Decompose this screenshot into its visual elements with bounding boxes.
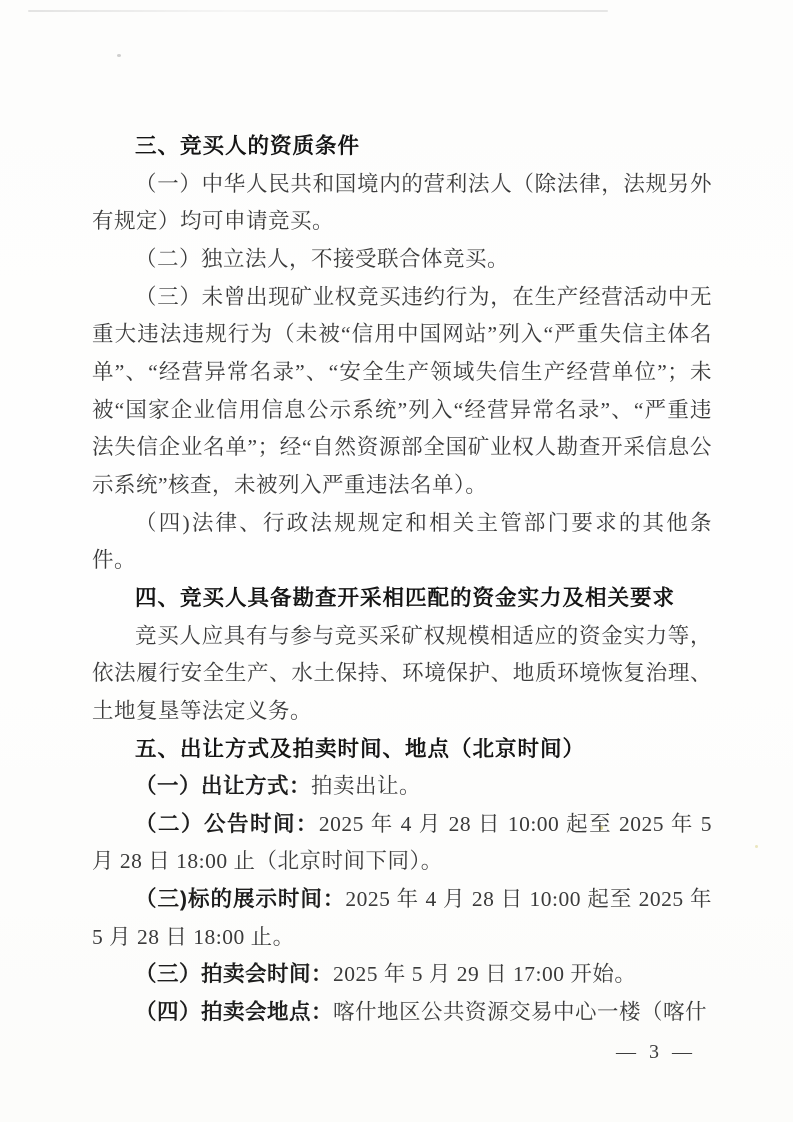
section-heading-transfer-method-time-place: 五、出让方式及拍卖时间、地点（北京时间） — [92, 731, 712, 769]
para-display-time: （三)标的展示时间：2025 年 4 月 28 日 10:00 起至 2025 … — [92, 881, 712, 956]
page-number: — 3 — — [606, 1041, 706, 1064]
para-qualification-item-2: （二）独立法人，不接受联合体竞买。 — [92, 241, 712, 279]
para-financial-capability: 竞买人应具有与参与竞买采矿权规模相适应的资金实力等，依法履行安全生产、水土保持、… — [92, 618, 712, 731]
para-text: 2025 年 5 月 29 日 17:00 开始。 — [333, 962, 636, 986]
para-transfer-method: （一）出让方式：拍卖出让。 — [92, 768, 712, 806]
para-qualification-item-3: （三）未曾出现矿业权竞买违约行为，在生产经营活动中无重大违法违规行为（未被“信用… — [92, 279, 712, 505]
para-auction-location: （四）拍卖会地点：喀什地区公共资源交易中心一楼（喀什 — [92, 994, 712, 1032]
para-text: （一）中华人民共和国境内的营利法人（除法律，法规另外有规定）均可申请竞买。 — [92, 172, 712, 234]
para-announcement-time: （二）公告时间：2025 年 4 月 28 日 10:00 起至 2025 年 … — [92, 806, 712, 881]
para-text: 喀什地区公共资源交易中心一楼（喀什 — [333, 1000, 707, 1024]
para-text: （二）独立法人，不接受联合体竞买。 — [135, 247, 509, 271]
heading-text: 四、竞买人具备勘查开采相匹配的资金实力及相关要求 — [135, 586, 675, 610]
para-lead: （二）公告时间： — [135, 812, 319, 836]
para-qualification-item-1: （一）中华人民共和国境内的营利法人（除法律，法规另外有规定）均可申请竞买。 — [92, 166, 712, 241]
para-text: 竞买人应具有与参与竞买采矿权规模相适应的资金实力等，依法履行安全生产、水土保持、… — [92, 624, 712, 723]
para-text: 拍卖出让。 — [311, 774, 421, 798]
scan-streak-artifact — [28, 10, 608, 12]
para-lead: （三)标的展示时间： — [135, 887, 345, 911]
heading-text: 五、出让方式及拍卖时间、地点（北京时间） — [135, 737, 585, 761]
para-auction-time: （三）拍卖会时间：2025 年 5 月 29 日 17:00 开始。 — [92, 956, 712, 994]
para-lead: （一）出让方式： — [135, 774, 311, 798]
para-text: （四)法律、行政法规规定和相关主管部门要求的其他条件。 — [92, 511, 712, 573]
para-lead: （三）拍卖会时间： — [135, 962, 333, 986]
document-body: 三、竞买人的资质条件 （一）中华人民共和国境内的营利法人（除法律，法规另外有规定… — [92, 128, 712, 1032]
para-qualification-item-4: （四)法律、行政法规规定和相关主管部门要求的其他条件。 — [92, 505, 712, 580]
scanned-page-sheet: 三、竞买人的资质条件 （一）中华人民共和国境内的营利法人（除法律，法规另外有规定… — [0, 0, 793, 1122]
scan-speck-artifact — [117, 54, 121, 57]
heading-text: 三、竞买人的资质条件 — [135, 134, 360, 158]
para-lead: （四）拍卖会地点： — [135, 1000, 333, 1024]
section-heading-bidder-qualifications: 三、竞买人的资质条件 — [92, 128, 712, 166]
para-text: （三）未曾出现矿业权竞买违约行为，在生产经营活动中无重大违法违规行为（未被“信用… — [92, 285, 712, 497]
section-heading-financial-capability: 四、竞买人具备勘查开采相匹配的资金实力及相关要求 — [92, 580, 712, 618]
scan-speck-artifact — [755, 845, 758, 848]
